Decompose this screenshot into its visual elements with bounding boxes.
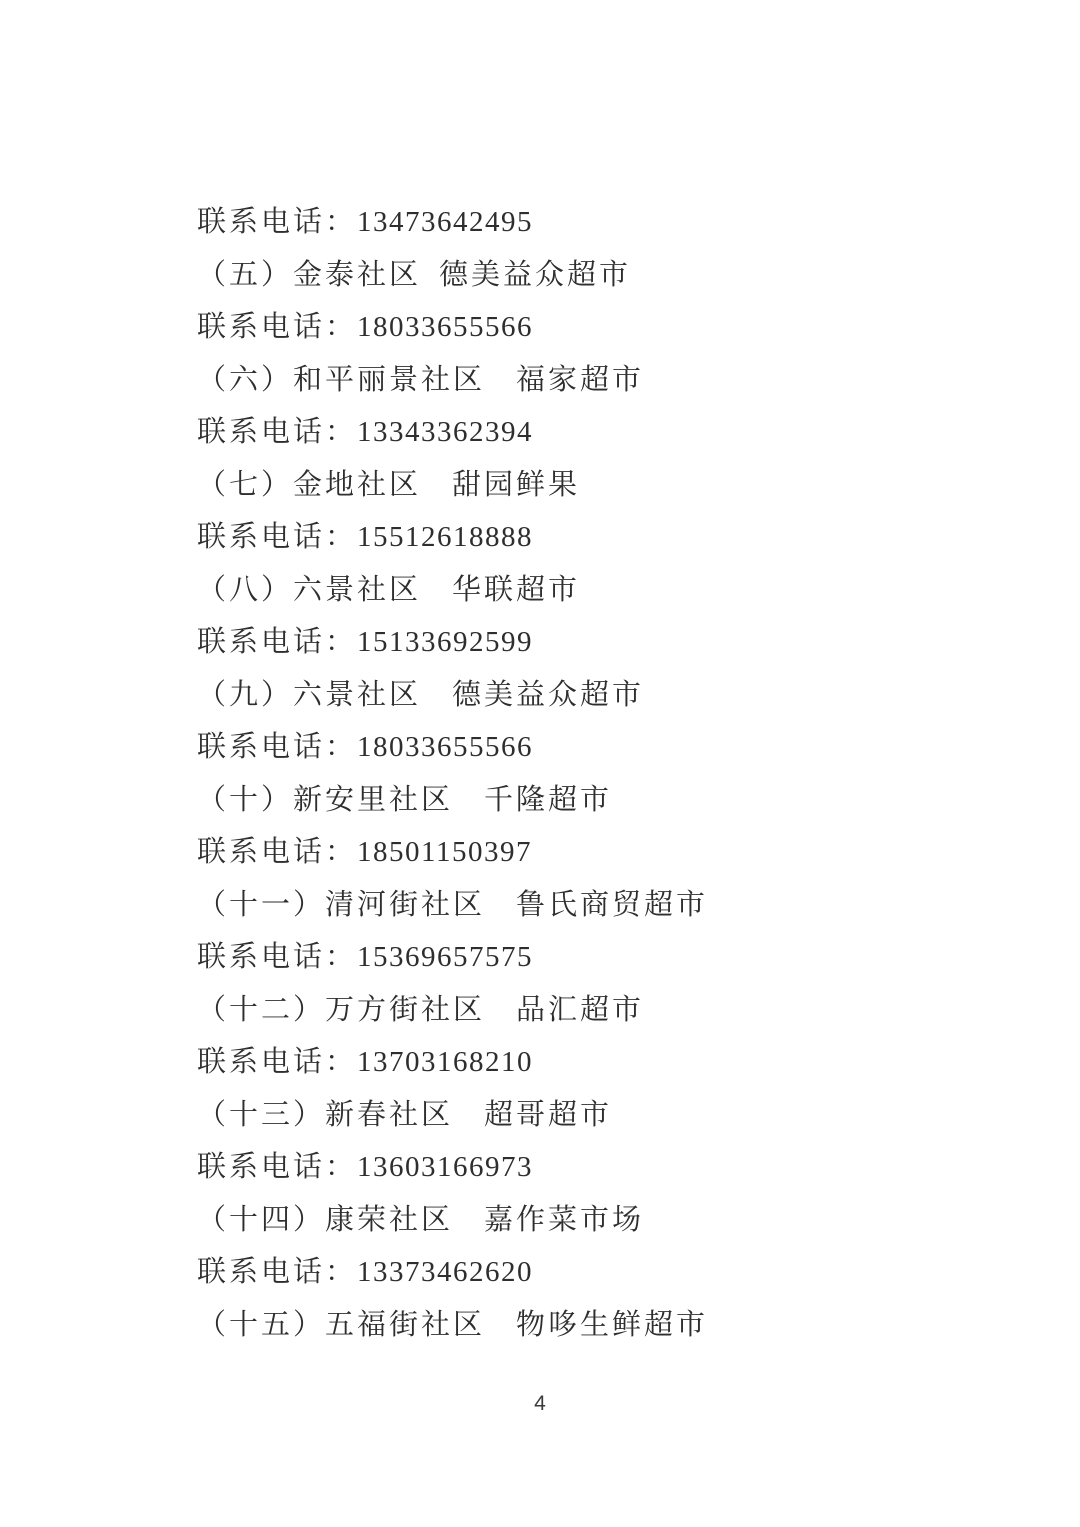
entry-store: 福家超市 bbox=[516, 364, 644, 396]
entry-phone-line: 联系电话：13373462620 bbox=[197, 1246, 1020, 1299]
entry-gap bbox=[485, 1333, 516, 1334]
entry-gap bbox=[485, 1018, 516, 1019]
entry-phone-line: 联系电话：15512618888 bbox=[197, 511, 1020, 564]
entry-phone-line: 联系电话：18033655566 bbox=[197, 721, 1020, 774]
entry-store: 超哥超市 bbox=[484, 1099, 612, 1131]
entry-gap bbox=[453, 808, 484, 809]
entry-gap bbox=[453, 1228, 484, 1229]
document-page: 联系电话：13473642495 （五）金泰社区德美益众超市 联系电话：1803… bbox=[0, 0, 1080, 1527]
entry-community: 和平丽景社区 bbox=[293, 364, 485, 396]
phone-prefix: 联系电话： bbox=[197, 1046, 357, 1078]
phone-number: 13373462620 bbox=[357, 1256, 533, 1288]
entry-line: （五）金泰社区德美益众超市 bbox=[197, 249, 1020, 302]
phone-number: 13343362394 bbox=[357, 416, 533, 448]
phone-prefix: 联系电话： bbox=[197, 731, 357, 763]
phone-prefix: 联系电话： bbox=[197, 521, 357, 553]
entry-line: （十三）新春社区超哥超市 bbox=[197, 1089, 1020, 1142]
phone-number: 13603166973 bbox=[357, 1151, 533, 1183]
entry-phone-line: 联系电话：13703168210 bbox=[197, 1036, 1020, 1089]
entry-index: （十五） bbox=[197, 1309, 325, 1341]
entry-line: （十）新安里社区千隆超市 bbox=[197, 774, 1020, 827]
entry-store: 德美益众超市 bbox=[452, 679, 644, 711]
document-body: 联系电话：13473642495 （五）金泰社区德美益众超市 联系电话：1803… bbox=[197, 196, 1020, 1351]
entry-line: （十二）万方街社区品汇超市 bbox=[197, 984, 1020, 1037]
phone-number: 15369657575 bbox=[357, 941, 533, 973]
entry-index: （十四） bbox=[197, 1204, 325, 1236]
entry-gap bbox=[421, 283, 439, 284]
page-number: 4 bbox=[0, 1392, 1080, 1416]
phone-number: 13473642495 bbox=[357, 206, 533, 238]
phone-line: 联系电话：13473642495 bbox=[197, 196, 1020, 249]
entry-gap bbox=[485, 913, 516, 914]
phone-prefix: 联系电话： bbox=[197, 1151, 357, 1183]
entry-index: （十） bbox=[197, 784, 293, 816]
phone-prefix: 联系电话： bbox=[197, 941, 357, 973]
entry-community: 金泰社区 bbox=[293, 259, 421, 291]
entry-phone-line: 联系电话：18033655566 bbox=[197, 301, 1020, 354]
phone-prefix: 联系电话： bbox=[197, 836, 357, 868]
entry-store: 鲁氏商贸超市 bbox=[516, 889, 708, 921]
entry-community: 新安里社区 bbox=[293, 784, 453, 816]
entry-line: （十四）康荣社区嘉作菜市场 bbox=[197, 1194, 1020, 1247]
entry-store: 物哆生鲜超市 bbox=[516, 1309, 708, 1341]
entry-line: （八）六景社区华联超市 bbox=[197, 564, 1020, 617]
entry-index: （十三） bbox=[197, 1099, 325, 1131]
entry-phone-line: 联系电话：15369657575 bbox=[197, 931, 1020, 984]
entry-line: （十五）五福街社区物哆生鲜超市 bbox=[197, 1299, 1020, 1352]
entry-index: （六） bbox=[197, 364, 293, 396]
entry-phone-line: 联系电话：18501150397 bbox=[197, 826, 1020, 879]
phone-prefix: 联系电话： bbox=[197, 311, 357, 343]
entry-community: 康荣社区 bbox=[325, 1204, 453, 1236]
entry-gap bbox=[421, 703, 452, 704]
entry-gap bbox=[453, 1123, 484, 1124]
entry-community: 清河街社区 bbox=[325, 889, 485, 921]
entry-store: 嘉作菜市场 bbox=[484, 1204, 644, 1236]
phone-number: 15512618888 bbox=[357, 521, 533, 553]
entry-phone-line: 联系电话：13343362394 bbox=[197, 406, 1020, 459]
entry-index: （九） bbox=[197, 679, 293, 711]
entry-index: （七） bbox=[197, 469, 293, 501]
entry-community: 金地社区 bbox=[293, 469, 421, 501]
entry-store: 品汇超市 bbox=[516, 994, 644, 1026]
entry-gap bbox=[421, 493, 452, 494]
entry-store: 华联超市 bbox=[452, 574, 580, 606]
entry-line: （七）金地社区甜园鲜果 bbox=[197, 459, 1020, 512]
entry-store: 德美益众超市 bbox=[439, 259, 631, 291]
entry-line: （六）和平丽景社区福家超市 bbox=[197, 354, 1020, 407]
entry-community: 新春社区 bbox=[325, 1099, 453, 1131]
phone-number: 18501150397 bbox=[357, 836, 532, 868]
phone-number: 18033655566 bbox=[357, 311, 533, 343]
phone-number: 15133692599 bbox=[357, 626, 533, 658]
phone-number: 18033655566 bbox=[357, 731, 533, 763]
entry-index: （八） bbox=[197, 574, 293, 606]
entry-index: （十一） bbox=[197, 889, 325, 921]
entry-community: 六景社区 bbox=[293, 574, 421, 606]
phone-prefix: 联系电话： bbox=[197, 626, 357, 658]
entry-index: （十二） bbox=[197, 994, 325, 1026]
phone-prefix: 联系电话： bbox=[197, 1256, 357, 1288]
entry-community: 五福街社区 bbox=[325, 1309, 485, 1341]
entry-store: 甜园鲜果 bbox=[452, 469, 580, 501]
entry-gap bbox=[421, 598, 452, 599]
entry-store: 千隆超市 bbox=[484, 784, 612, 816]
phone-prefix: 联系电话： bbox=[197, 206, 357, 238]
phone-number: 13703168210 bbox=[357, 1046, 533, 1078]
entries: （五）金泰社区德美益众超市 联系电话：18033655566 （六）和平丽景社区… bbox=[197, 249, 1020, 1352]
phone-prefix: 联系电话： bbox=[197, 416, 357, 448]
entry-line: （九）六景社区德美益众超市 bbox=[197, 669, 1020, 722]
entry-phone-line: 联系电话：13603166973 bbox=[197, 1141, 1020, 1194]
entry-phone-line: 联系电话：15133692599 bbox=[197, 616, 1020, 669]
entry-community: 万方街社区 bbox=[325, 994, 485, 1026]
entry-community: 六景社区 bbox=[293, 679, 421, 711]
entry-index: （五） bbox=[197, 259, 293, 291]
entry-line: （十一）清河街社区鲁氏商贸超市 bbox=[197, 879, 1020, 932]
entry-gap bbox=[485, 388, 516, 389]
